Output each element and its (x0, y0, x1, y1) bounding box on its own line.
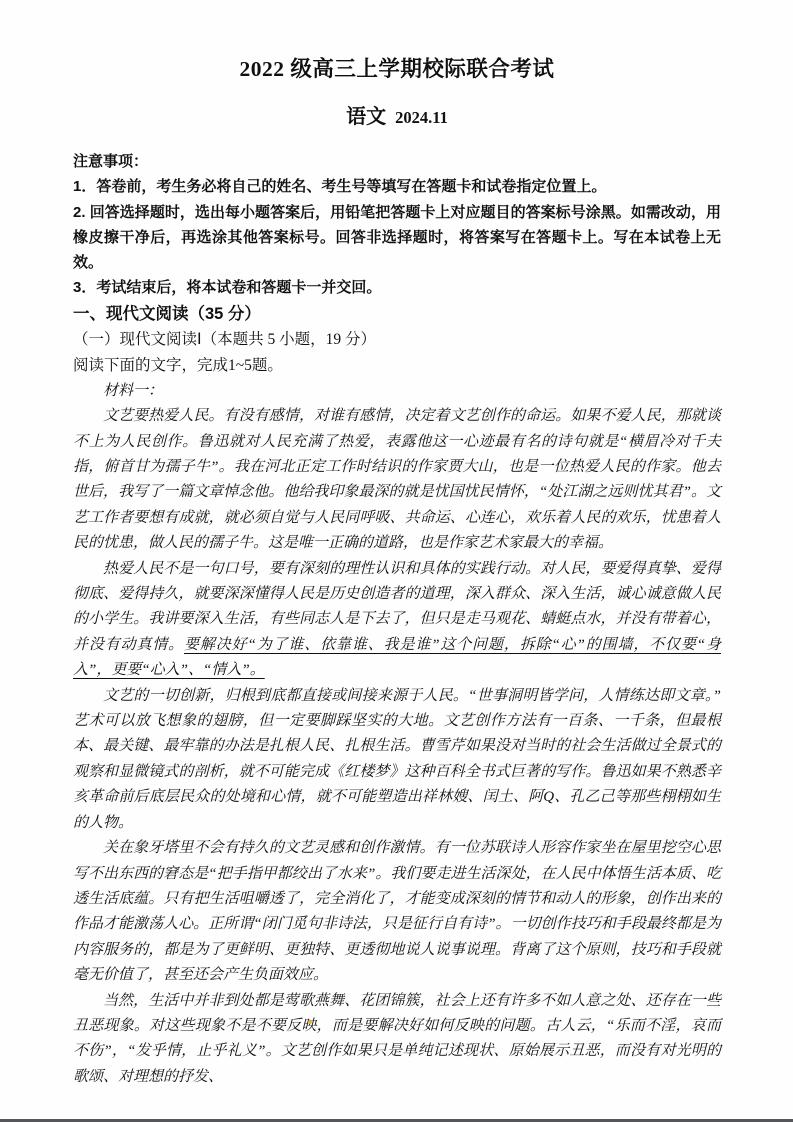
reading-instruction: 阅读下面的文字，完成1~5题。 (73, 353, 721, 379)
notice-item-1: 1．答卷前，考生务必将自己的姓名、考生号等填写在答题卡和试卷指定位置上。 (73, 174, 721, 199)
material-paragraph-1: 文艺要热爱人民。有没有感情，对谁有感情，决定着文艺创作的命运。如果不爱人民，那就… (73, 404, 721, 556)
notice-item-2: 2. 回答选择题时，选出每小题答案后，用铅笔把答题卡上对应题目的答案标号涂黑。如… (73, 200, 721, 276)
exam-paper-page: 2022 级高三上学期校际联合考试 语文2024.11 注意事项： 1．答卷前，… (0, 0, 793, 1122)
notice-item-3: 3．考试结束后，将本试卷和答题卡一并交回。 (73, 275, 721, 300)
subject-name: 语文 (346, 106, 386, 128)
notice-block: 注意事项： 1．答卷前，考生务必将自己的姓名、考生号等填写在答题卡和试卷指定位置… (73, 149, 721, 301)
material-paragraph-2: 热爱人民不是一句口号，要有深刻的理性认识和具体的实践行动。对人民，要爱得真挚、爱… (73, 557, 721, 684)
notice-heading: 注意事项： (73, 149, 721, 174)
material-paragraph-4: 关在象牙塔里不会有持久的文艺灵感和创作激情。有一位苏联诗人形容作家坐在屋里挖空心… (73, 836, 721, 988)
exam-title: 2022 级高三上学期校际联合考试 (73, 54, 721, 84)
material-paragraph-5: 当然，生活中并非到处都是莺歌燕舞、花团锦簇，社会上还有许多不如人意之处、还存在一… (73, 989, 721, 1091)
page-content: 2022 级高三上学期校际联合考试 语文2024.11 注意事项： 1．答卷前，… (0, 0, 793, 1090)
subsection-heading: （一）现代文阅读Ⅰ（本题共 5 小题，19 分） (73, 327, 721, 353)
material-paragraph-3: 文艺的一切创新，归根到底都直接或间接来源于人民。“世事洞明皆学问，人情练达即文章… (73, 684, 721, 836)
section-heading: 一、现代文阅读（35 分） (73, 301, 721, 327)
exam-subtitle: 语文2024.11 (73, 104, 721, 132)
stray-mark (308, 1020, 312, 1024)
material-label: 材料一： (73, 379, 721, 404)
exam-date: 2024.11 (395, 108, 448, 127)
